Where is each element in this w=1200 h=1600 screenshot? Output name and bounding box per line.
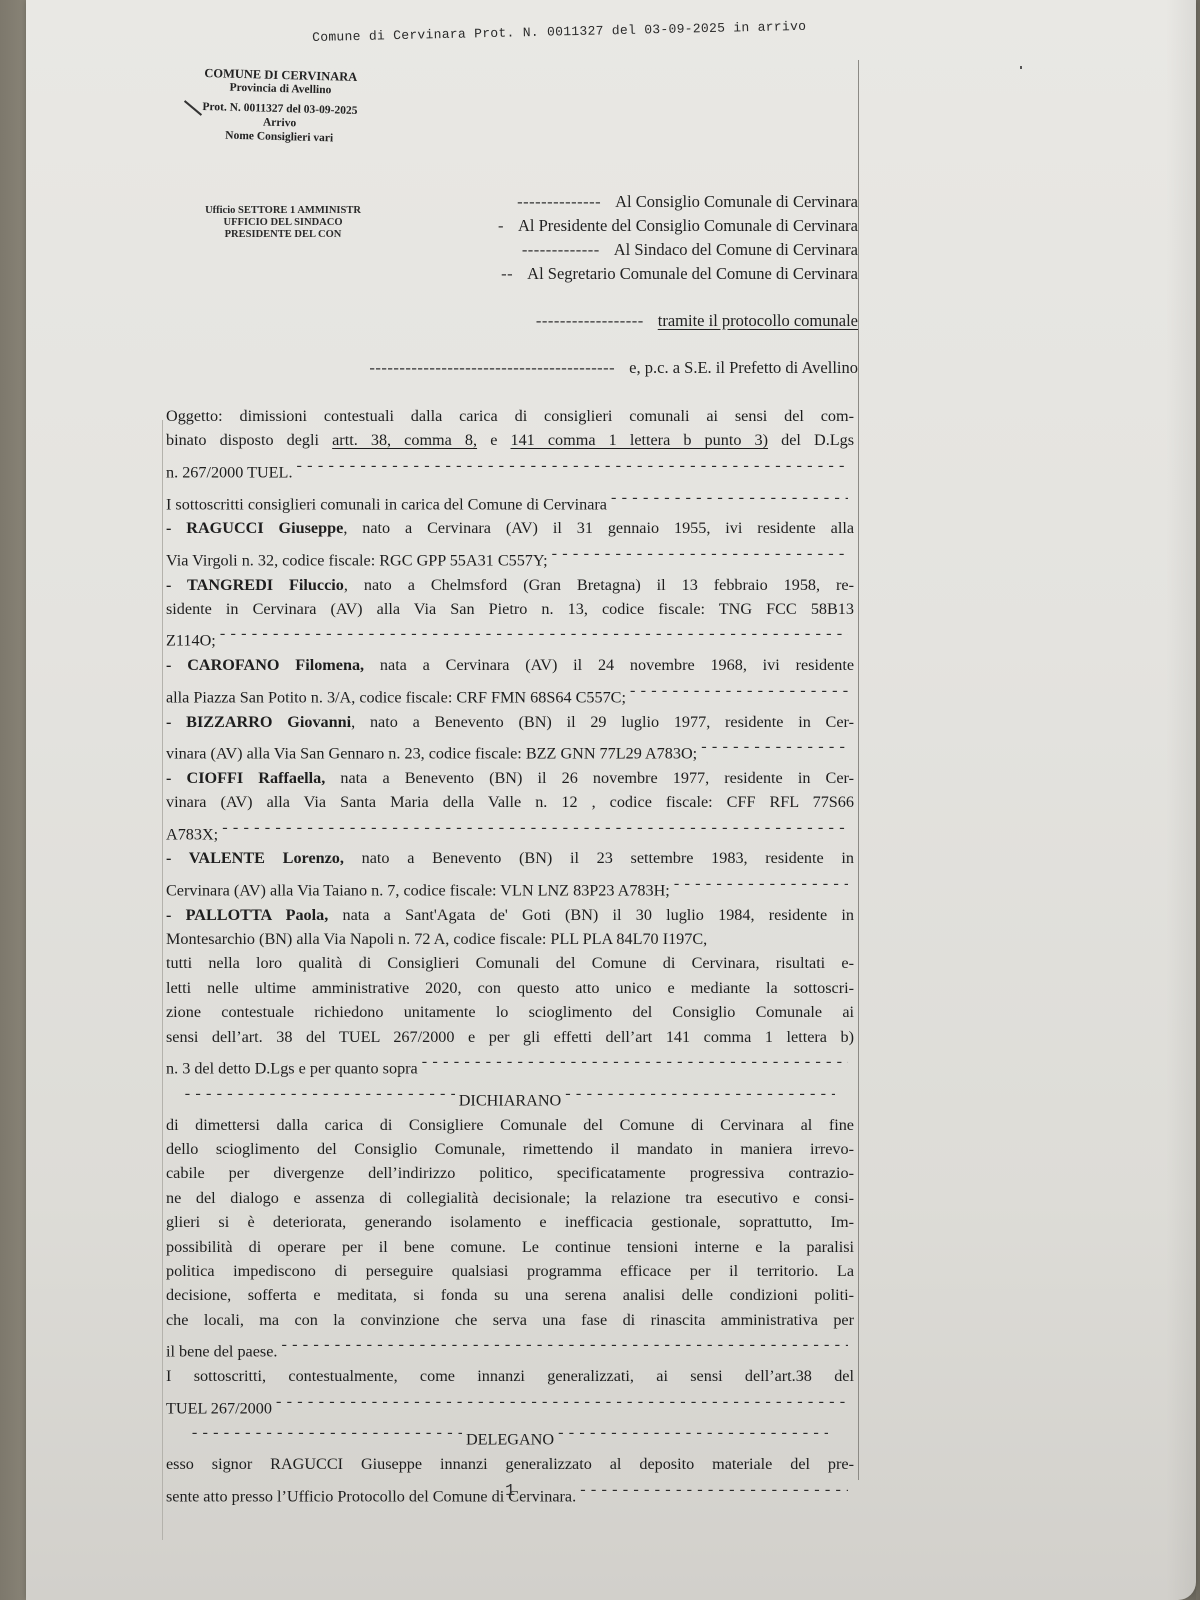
declare-heading-row: - - - - - - - - - - - - - - - - - - - - … [166,1081,854,1113]
councillor-name: - TANGREDI Filuccio [166,576,344,594]
councillor-entry: - CIOFFI Raffaella, nata a Benevento (BN… [166,766,854,790]
councillor-entry: alla Piazza San Potito n. 3/A, codice fi… [166,678,854,710]
councillor-entry: vinara (AV) alla Via San Gennaro n. 23, … [166,734,854,766]
page-border-right [858,60,859,1480]
declaration-line: politica impediscono di perseguire quals… [166,1259,854,1283]
office-routing: Ufficio SETTORE 1 AMMINISTR UFFICIO DEL … [178,205,388,241]
addressee-cc-prefect: ----------------------------------------… [369,358,858,378]
addressee-line: --Al Segretario Comunale del Comune di C… [501,264,858,284]
councillor-entry: - RAGUCCI Giuseppe, nato a Cervinara (AV… [166,516,854,540]
addressee-line: -Al Presidente del Consiglio Comunale di… [498,216,858,236]
delegation-intro-line: I sottoscritti, contestualmente, come in… [166,1364,854,1388]
premise-line: sensi dell’art. 38 del TUEL 267/2000 e p… [166,1025,854,1049]
councillor-entry: Via Virgoli n. 32, codice fiscale: RGC G… [166,541,854,573]
paper-speck [1020,66,1022,69]
registration-stamp: COMUNE DI CERVINARA Provincia di Avellin… [179,65,381,146]
councillor-entry: - PALLOTTA Paola, nata a Sant'Agata de' … [166,903,854,927]
declaration-line: decisione, sofferta e meditata, si fonda… [166,1283,854,1307]
addressee-line: --------------Al Consiglio Comunale di C… [517,192,858,212]
declaration-line: di dimettersi dalla carica di Consiglier… [166,1113,854,1137]
subject-line: Oggetto: dimissioni contestuali dalla ca… [166,404,854,428]
declaration-line: ne del dialogo e assenza di collegialità… [166,1186,854,1210]
councillor-name: - CAROFANO Filomena, [166,656,364,674]
councillor-entry: - CAROFANO Filomena, nata a Cervinara (A… [166,653,854,677]
declaration-line: glieri si è deteriorata, generando isola… [166,1210,854,1234]
councillor-entry: Montesarchio (BN) alla Via Napoli n. 72 … [166,927,854,951]
document-body: Oggetto: dimissioni contestuali dalla ca… [166,404,854,1508]
councillor-entry: vinara (AV) alla Via Santa Maria della V… [166,790,854,814]
councillor-entry: A783X; - - - - - - - - - - - - - - - - -… [166,815,854,847]
addressee-transmission: ------------------tramite il protocollo … [536,311,858,331]
office-line: PRESIDENTE DEL CON [178,229,388,241]
declaration-line: possibilità di operare per il bene comun… [166,1235,854,1259]
declaration-line: cabile per divergenze dell’indirizzo pol… [166,1161,854,1185]
declaration-line: dello scioglimento del Consiglio Comunal… [166,1137,854,1161]
premise-line: n. 3 del detto D.Lgs e per quanto sopra … [166,1049,854,1081]
office-line: Ufficio SETTORE 1 AMMINISTR [178,205,388,217]
declaration-line: il bene del paese. - - - - - - - - - - -… [166,1332,854,1364]
legal-reference: 141 comma 1 lettera b punto 3) [510,431,768,449]
delegation-line: esso signor RAGUCCI Giuseppe innanzi gen… [166,1452,854,1476]
page-border-left [162,420,163,1540]
delegate-heading: DELEGANO [466,1431,554,1449]
councillor-entry: - BIZZARRO Giovanni, nato a Benevento (B… [166,710,854,734]
councillor-name: - BIZZARRO Giovanni [166,713,351,731]
delegation-intro-line: TUEL 267/2000 - - - - - - - - - - - - - … [166,1389,854,1421]
subject-line: n. 267/2000 TUEL. - - - - - - - - - - - … [166,453,854,485]
declare-heading: DICHIARANO [459,1091,562,1109]
addressee-line: -------------Al Sindaco del Comune di Ce… [522,240,858,260]
office-line: UFFICIO DEL SINDACO [178,217,388,229]
page-number: 1 [505,1482,515,1501]
intro-line: I sottoscritti consiglieri comunali in c… [166,485,854,517]
subject-line: binato disposto degli artt. 38, comma 8,… [166,428,854,452]
councillor-entry: - VALENTE Lorenzo, nato a Benevento (BN)… [166,846,854,870]
councillor-name: - VALENTE Lorenzo, [166,849,344,867]
premise-line: zione contestuale richiedono unitamente … [166,1000,854,1024]
declaration-line: che locali, ma con la convinzione che se… [166,1308,854,1332]
premise-line: letti nelle ultime amministrative 2020, … [166,976,854,1000]
councillor-entry: - TANGREDI Filuccio, nato a Chelmsford (… [166,573,854,597]
councillor-name: - CIOFFI Raffaella, [166,769,325,787]
delegate-heading-row: - - - - - - - - - - - - - - - - - - - - … [166,1420,854,1452]
premise-line: tutti nella loro qualità di Consiglieri … [166,951,854,975]
councillor-entry: Cervinara (AV) alla Via Taiano n. 7, cod… [166,871,854,903]
councillor-entry: Z114O; - - - - - - - - - - - - - - - - -… [166,621,854,653]
legal-reference: artt. 38, comma 8, [332,431,477,449]
councillor-name: - RAGUCCI Giuseppe [166,519,343,537]
councillor-entry: sidente in Cervinara (AV) alla Via San P… [166,597,854,621]
councillor-name: - PALLOTTA Paola, [166,906,328,924]
